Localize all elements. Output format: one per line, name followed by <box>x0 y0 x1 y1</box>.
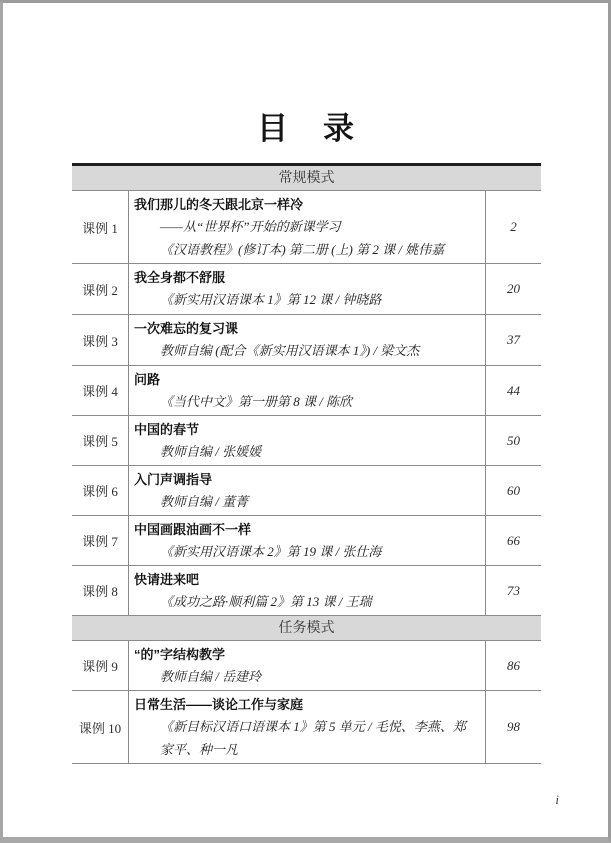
lesson-page-number: 20 <box>486 264 541 314</box>
lesson-page-number: 37 <box>486 315 541 365</box>
page-title: 目 录 <box>72 103 541 148</box>
lesson-page-number: 73 <box>486 566 541 615</box>
lesson-content: 中国画跟油画不一样 《新实用汉语课本 2》第 19 课 / 张仕海 <box>129 516 486 565</box>
lesson-source: 教师自编 / 岳建玲 <box>160 665 477 688</box>
lesson-title: 中国画跟油画不一样 <box>134 520 477 540</box>
toc-row-lesson-8: 课例 8 快请进来吧 《成功之路·顺利篇 2》第 13 课 / 王瑞 73 <box>72 566 541 616</box>
toc-row-lesson-6: 课例 6 入门声调指导 教师自编 / 董菁 60 <box>72 466 541 516</box>
toc-row-lesson-1: 课例 1 我们那儿的冬天跟北京一样冷 ——从“世界杯”开始的新课学习 《汉语教程… <box>72 191 541 264</box>
lesson-page-number: 86 <box>486 641 541 690</box>
lesson-label: 课例 5 <box>72 416 129 465</box>
lesson-label: 课例 4 <box>72 366 129 415</box>
lesson-label: 课例 7 <box>72 516 129 565</box>
lesson-source: 《新目标汉语口语课本 1》第 5 单元 / 毛悦、李燕、郑家平、种一凡 <box>160 715 477 761</box>
lesson-label: 课例 2 <box>72 264 129 314</box>
lesson-content: 快请进来吧 《成功之路·顺利篇 2》第 13 课 / 王瑞 <box>129 566 486 615</box>
toc-row-lesson-3: 课例 3 一次难忘的复习课 教师自编 (配合《新实用汉语课本 1》) / 梁文杰… <box>72 315 541 366</box>
lesson-content: 入门声调指导 教师自编 / 董菁 <box>129 466 486 515</box>
lesson-source: 教师自编 / 董菁 <box>160 490 477 513</box>
lesson-label: 课例 1 <box>72 191 129 263</box>
lesson-label: 课例 3 <box>72 315 129 365</box>
lesson-label: 课例 10 <box>72 691 129 763</box>
lesson-title: 中国的春节 <box>134 420 477 440</box>
toc-row-lesson-10: 课例 10 日常生活——谈论工作与家庭 《新目标汉语口语课本 1》第 5 单元 … <box>72 691 541 764</box>
toc-row-lesson-9: 课例 9 “的”字结构教学 教师自编 / 岳建玲 86 <box>72 641 541 691</box>
lesson-source: 《新实用汉语课本 1》第 12 课 / 钟晓路 <box>160 288 477 311</box>
lesson-source: 《当代中文》第一册第 8 课 / 陈欣 <box>160 390 477 413</box>
lesson-page-number: 44 <box>486 366 541 415</box>
lesson-content: 问路 《当代中文》第一册第 8 课 / 陈欣 <box>129 366 486 415</box>
lesson-title: 入门声调指导 <box>134 470 477 490</box>
lesson-content: “的”字结构教学 教师自编 / 岳建玲 <box>129 641 486 690</box>
lesson-page-number: 50 <box>486 416 541 465</box>
lesson-title: 一次难忘的复习课 <box>134 319 477 339</box>
toc-row-lesson-2: 课例 2 我全身都不舒服 《新实用汉语课本 1》第 12 课 / 钟晓路 20 <box>72 264 541 315</box>
lesson-content: 我们那儿的冬天跟北京一样冷 ——从“世界杯”开始的新课学习 《汉语教程》(修订本… <box>129 191 486 263</box>
toc-table: 常规模式 课例 1 我们那儿的冬天跟北京一样冷 ——从“世界杯”开始的新课学习 … <box>72 163 541 764</box>
section-header-regular-mode: 常规模式 <box>72 166 541 191</box>
toc-row-lesson-5: 课例 5 中国的春节 教师自编 / 张媛媛 50 <box>72 416 541 466</box>
lesson-source: 教师自编 (配合《新实用汉语课本 1》) / 梁文杰 <box>160 339 477 362</box>
lesson-page-number: 98 <box>486 691 541 763</box>
lesson-title: 快请进来吧 <box>134 570 477 590</box>
lesson-subtitle: ——从“世界杯”开始的新课学习 <box>160 215 477 238</box>
lesson-source: 《汉语教程》(修订本) 第二册 (上) 第 2 课 / 姚伟嘉 <box>160 238 477 261</box>
lesson-source: 《新实用汉语课本 2》第 19 课 / 张仕海 <box>160 540 477 563</box>
lesson-source: 教师自编 / 张媛媛 <box>160 440 477 463</box>
lesson-page-number: 2 <box>486 191 541 263</box>
lesson-content: 我全身都不舒服 《新实用汉语课本 1》第 12 课 / 钟晓路 <box>129 264 486 314</box>
lesson-label: 课例 8 <box>72 566 129 615</box>
lesson-title: 日常生活——谈论工作与家庭 <box>134 695 477 715</box>
lesson-content: 一次难忘的复习课 教师自编 (配合《新实用汉语课本 1》) / 梁文杰 <box>129 315 486 365</box>
lesson-label: 课例 9 <box>72 641 129 690</box>
toc-row-lesson-7: 课例 7 中国画跟油画不一样 《新实用汉语课本 2》第 19 课 / 张仕海 6… <box>72 516 541 566</box>
lesson-label: 课例 6 <box>72 466 129 515</box>
lesson-title: 我们那儿的冬天跟北京一样冷 <box>134 195 477 215</box>
lesson-title: “的”字结构教学 <box>134 645 477 665</box>
folio-page-number: i <box>555 792 559 808</box>
lesson-title: 我全身都不舒服 <box>134 268 477 288</box>
lesson-page-number: 66 <box>486 516 541 565</box>
lesson-source: 《成功之路·顺利篇 2》第 13 课 / 王瑞 <box>160 590 477 613</box>
toc-row-lesson-4: 课例 4 问路 《当代中文》第一册第 8 课 / 陈欣 44 <box>72 366 541 416</box>
lesson-title: 问路 <box>134 370 477 390</box>
lesson-content: 中国的春节 教师自编 / 张媛媛 <box>129 416 486 465</box>
lesson-page-number: 60 <box>486 466 541 515</box>
section-header-task-mode: 任务模式 <box>72 616 541 641</box>
lesson-content: 日常生活——谈论工作与家庭 《新目标汉语口语课本 1》第 5 单元 / 毛悦、李… <box>129 691 486 763</box>
